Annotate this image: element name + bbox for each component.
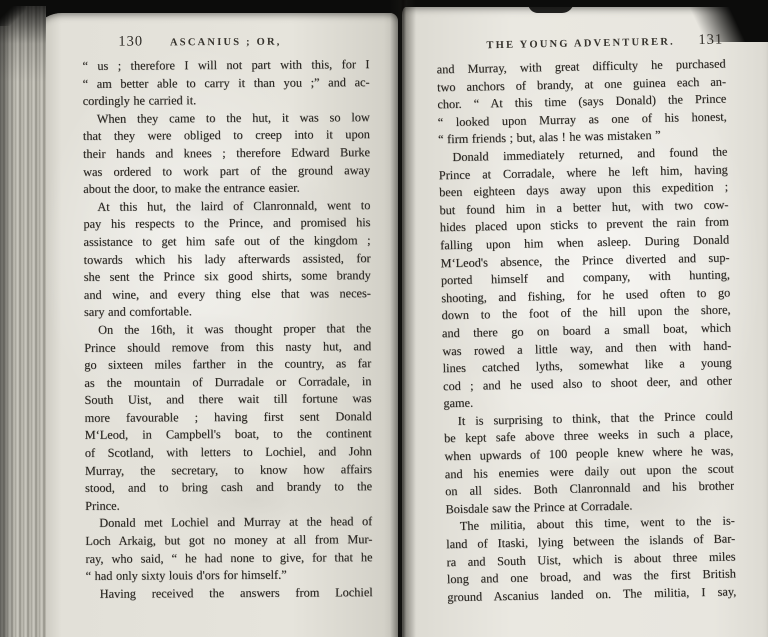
paragraph: When they came to the hut, it was so low…: [83, 109, 371, 199]
text-line: “ am better able to carry it than you ;”…: [83, 74, 370, 93]
text-line: pay his respects to the Prince, and prom…: [83, 214, 370, 233]
page-top-gap: [528, 0, 574, 13]
gutter-shadow: [390, 0, 416, 637]
text-line: that they were obliged to creep into it …: [83, 127, 370, 146]
left-page-body: “ us ; therefore I will not part with th…: [82, 56, 372, 603]
left-page-header: 130 ASCANIUS ; OR,: [82, 32, 369, 55]
paragraph: Donald met Lochiel and Murray at the hea…: [85, 514, 372, 586]
text-line: Loch Arkaig, but got no money at all fro…: [85, 531, 372, 550]
text-line: as the mountain of Durradale or Corradal…: [84, 373, 371, 392]
book-page-edges: [0, 6, 46, 637]
right-page-header: 131 THE YOUNG ADVENTURER.: [436, 32, 725, 59]
text-line: “ had only sixty louis d'ors for himself…: [86, 566, 373, 585]
text-line: ray, who said, “ he had none to give, fo…: [85, 549, 372, 568]
paragraph: Having received the answers from Lochiel: [86, 584, 373, 603]
paragraph: “ us ; therefore I will not part with th…: [82, 56, 369, 111]
paragraph: At this hut, the laird of Clanronnald, w…: [83, 197, 371, 322]
text-line: “ us ; therefore I will not part with th…: [82, 56, 369, 75]
text-line: more favourable ; having first sent Dona…: [85, 408, 372, 427]
paragraph: On the 16th, it was thought proper that …: [84, 320, 372, 515]
text-line: sary and comfortable.: [84, 302, 371, 321]
paragraph: and Murray, with great difficulty he pur…: [437, 56, 728, 150]
paragraph: It is surprising to think, that the Prin…: [444, 407, 735, 518]
text-line: When they came to the hut, it was so low: [83, 109, 370, 128]
photo-corner-top-left: [0, 0, 26, 26]
text-line: and wine, and every thing else that was …: [84, 285, 371, 304]
text-line: Prince should remove from this nasty hut…: [84, 338, 371, 357]
page-number-right: 131: [698, 32, 723, 49]
text-line: their hands and knees ; therefore Edward…: [83, 144, 370, 163]
text-line: she sent the Prince six good shirts, som…: [84, 267, 371, 286]
text-line: Murray, the secretary, to know how affai…: [85, 461, 372, 480]
text-line: was ordered to work part of the ground a…: [83, 162, 370, 181]
text-line: M‘Leod, in Campbell's boat, to the conti…: [85, 426, 372, 445]
page-number-left: 130: [118, 34, 143, 51]
text-line: about the door, to make the entrance eas…: [83, 179, 370, 198]
text-line: Donald met Lochiel and Murray at the hea…: [85, 514, 372, 533]
text-line: On the 16th, it was thought proper that …: [84, 320, 371, 339]
left-page-text-column: 130 ASCANIUS ; OR, “ us ; therefore I wi…: [82, 32, 372, 603]
text-line: assistance to get him safe out of the ki…: [83, 232, 370, 251]
text-line: go sixteen miles farther in the country,…: [84, 355, 371, 374]
paragraph: The militia, about this time, went to th…: [446, 513, 737, 607]
text-line: South Uist, and there wait till fortune …: [84, 390, 371, 409]
text-line: towards which his lady afterwards assist…: [84, 250, 371, 269]
text-line: Having received the answers from Lochiel: [86, 584, 373, 603]
right-page-text-column: 131 THE YOUNG ADVENTURER. and Murray, wi…: [436, 32, 736, 607]
text-line: of Scotland, with letters to Lochiel, an…: [85, 443, 372, 462]
text-line: cordingly he carried it.: [83, 91, 370, 110]
text-line: At this hut, the laird of Clanronnald, w…: [83, 197, 370, 216]
text-line: Prince.: [85, 496, 372, 515]
scanned-book-photo: { "colors": { "background": "#0c0c0b", "…: [0, 0, 768, 637]
text-line: stood, and to bring cash and brandy to t…: [85, 478, 372, 497]
paragraph: Donald immediately returned, and found t…: [438, 143, 732, 413]
right-page-body: and Murray, with great difficulty he pur…: [437, 56, 737, 607]
